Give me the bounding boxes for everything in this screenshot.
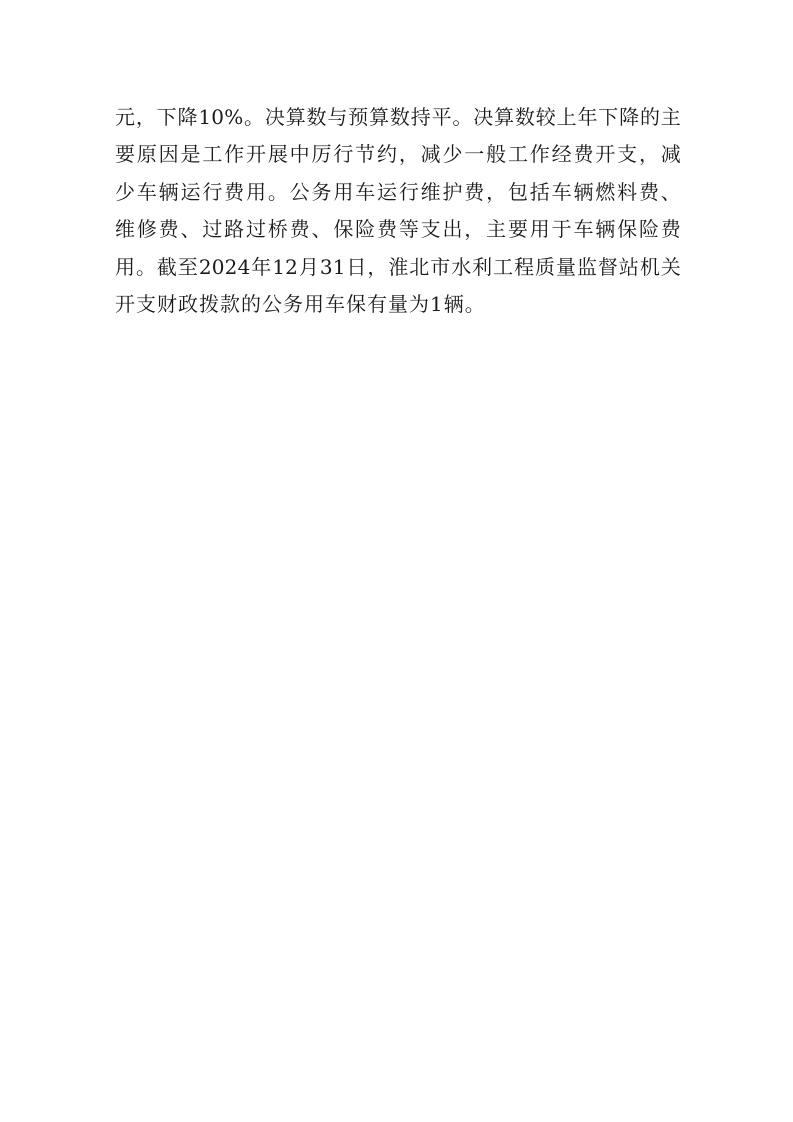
paragraph-line: 开支财政拨款的公务用车保有量为1辆。 <box>115 286 681 323</box>
paragraph-line: 少车辆运行费用。公务用车运行维护费，包括车辆燃料费、 <box>115 174 681 211</box>
paragraph-line: 元，下降10%。决算数与预算数持平。决算数较上年下降的主 <box>115 99 681 136</box>
paragraph-line: 用。截至2024年12月31日，淮北市水利工程质量监督站机关 <box>115 249 681 286</box>
body-paragraph: 元，下降10%。决算数与预算数持平。决算数较上年下降的主 要原因是工作开展中厉行… <box>115 99 681 323</box>
paragraph-line: 要原因是工作开展中厉行节约，减少一般工作经费开支，减 <box>115 136 681 173</box>
paragraph-line: 维修费、过路过桥费、保险费等支出，主要用于车辆保险费 <box>115 211 681 248</box>
document-page: 元，下降10%。决算数与预算数持平。决算数较上年下降的主 要原因是工作开展中厉行… <box>0 0 793 1122</box>
